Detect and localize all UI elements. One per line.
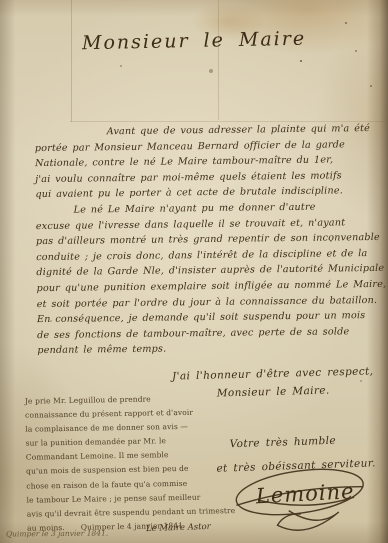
- footer-date: Quimper le 3 janvier 1841.: [6, 529, 108, 539]
- signature-block: Lemoine: [226, 454, 375, 539]
- letter-body: Avant que de vous adresser la plainte qu…: [35, 121, 384, 359]
- marginal-note: Je prie Mr. Leguillou de prendre connais…: [25, 391, 219, 535]
- body-line: pendant le même temps.: [37, 339, 383, 359]
- letter-page: Monsieur le Maire Avant que de vous adre…: [0, 0, 388, 543]
- salutation: Monsieur le Maire: [82, 28, 302, 55]
- fold-crease-vertical-left: [71, 0, 72, 122]
- signature-name: Lemoine: [255, 479, 355, 508]
- ink-specks: [300, 60, 302, 62]
- fold-crease-vertical-right: [218, 0, 219, 120]
